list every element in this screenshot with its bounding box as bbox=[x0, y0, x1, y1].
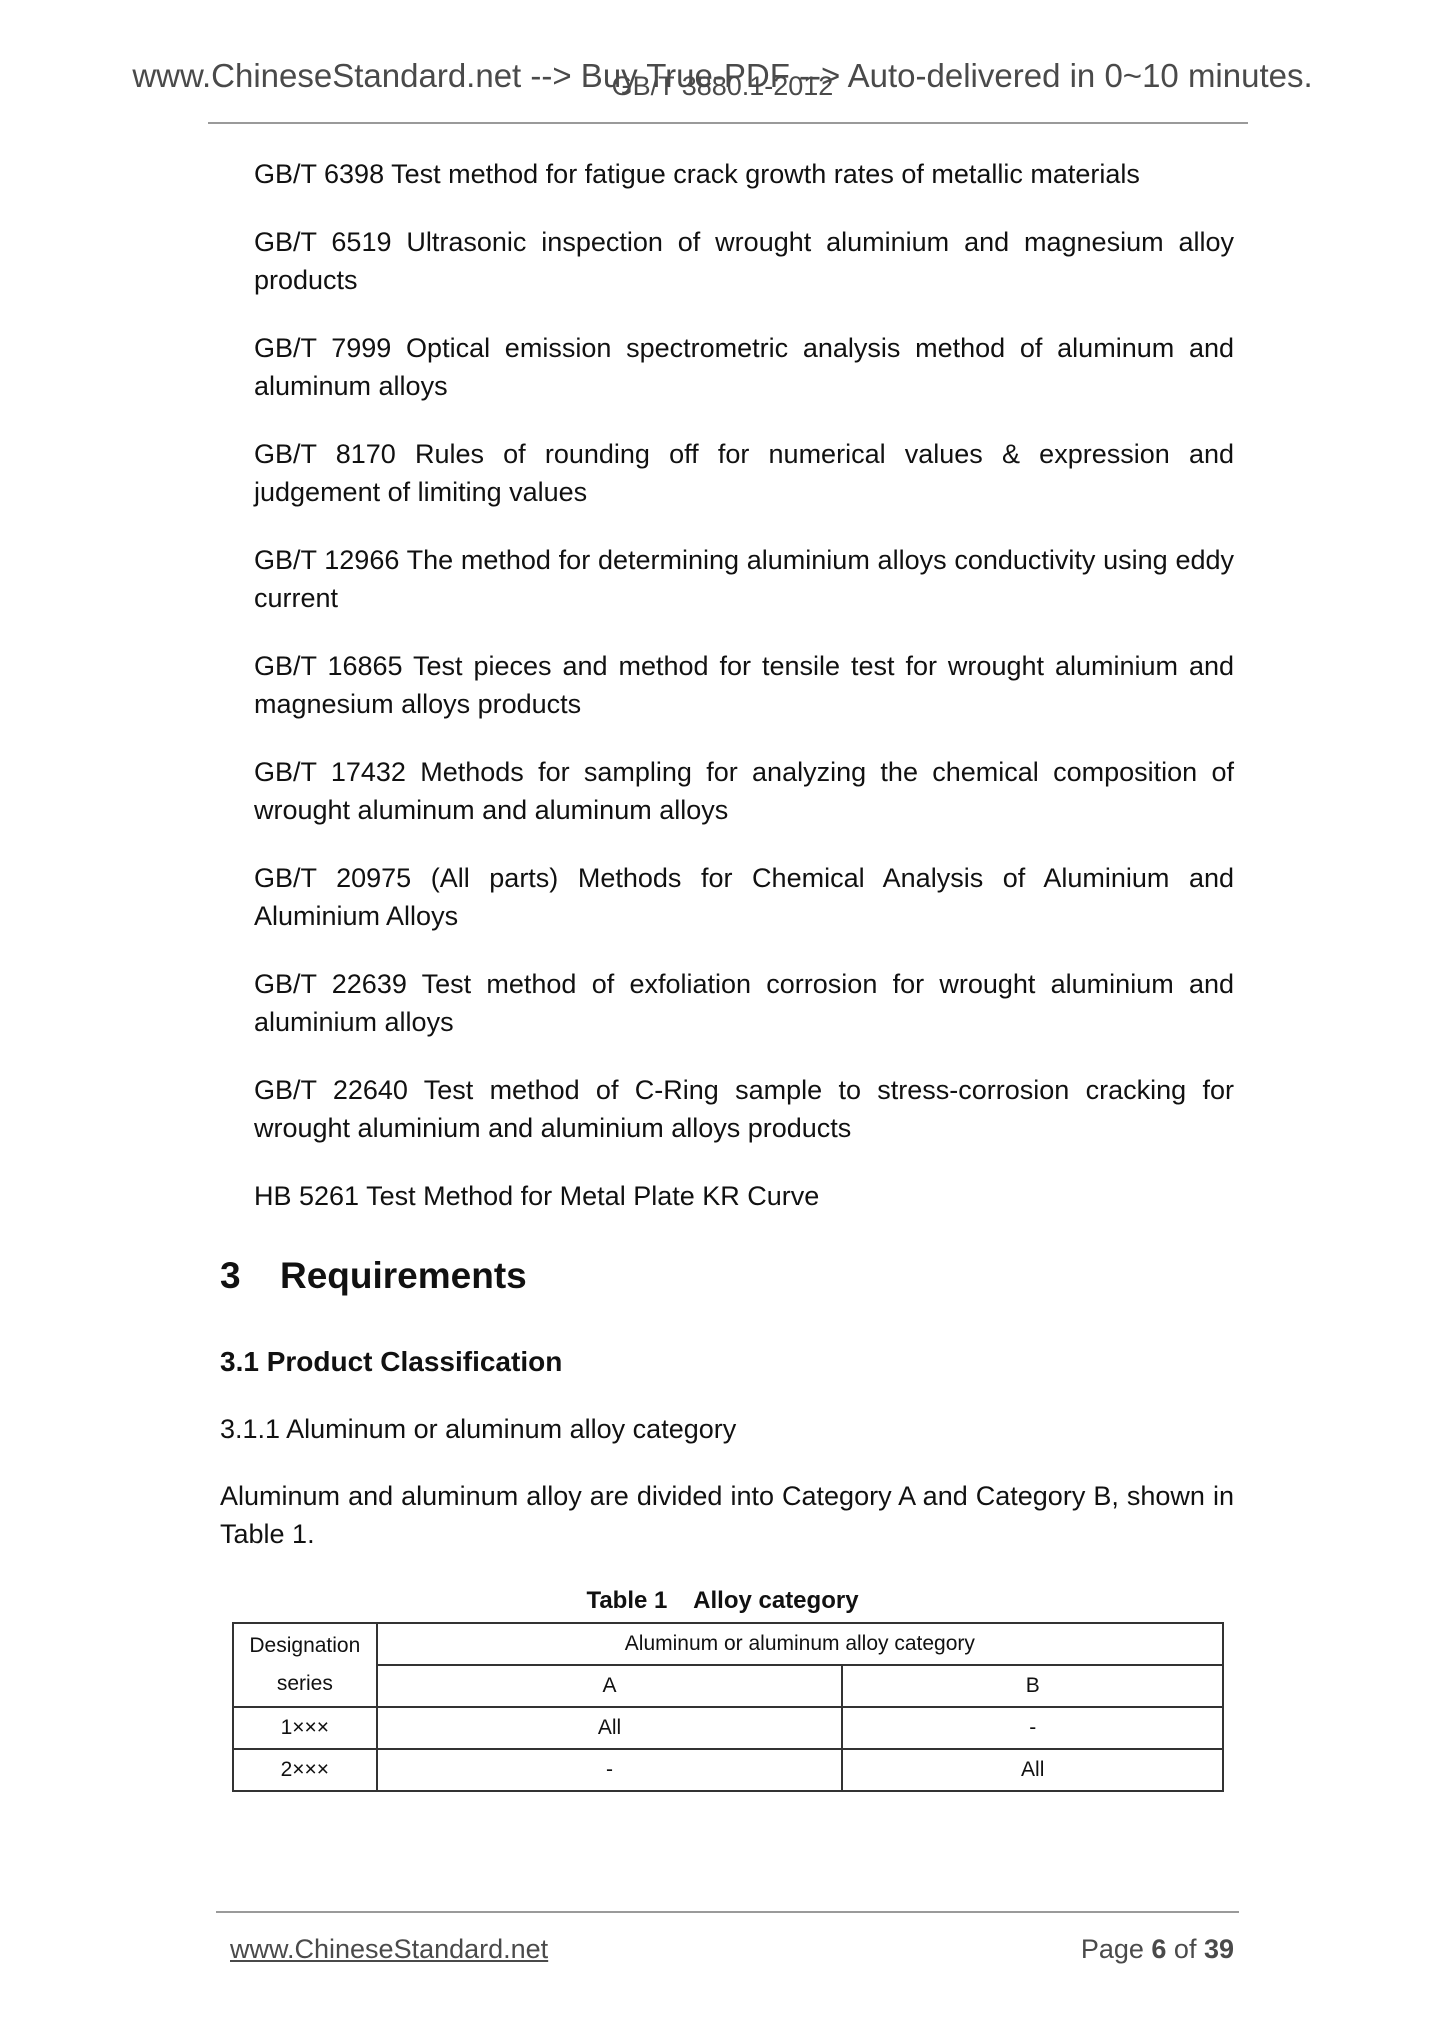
table-row: 1××× All - bbox=[233, 1707, 1223, 1749]
total-pages: 39 bbox=[1204, 1934, 1234, 1964]
category-b-cell: All bbox=[842, 1749, 1223, 1791]
normative-references-list: GB/T 6398 Test method for fatigue crack … bbox=[254, 155, 1234, 1245]
designation-header: Designation series bbox=[233, 1623, 377, 1707]
table-header-row: Designation series Aluminum or aluminum … bbox=[233, 1623, 1223, 1665]
page-indicator: Page 6 of 39 bbox=[1081, 1932, 1234, 1966]
reference-item: GB/T 12966 The method for determining al… bbox=[254, 541, 1234, 617]
category-b-cell: - bbox=[842, 1707, 1223, 1749]
alloy-category-table: Designation series Aluminum or aluminum … bbox=[232, 1622, 1224, 1792]
reference-item: GB/T 8170 Rules of rounding off for nume… bbox=[254, 435, 1234, 511]
reference-item: GB/T 7999 Optical emission spectrometric… bbox=[254, 329, 1234, 405]
body-paragraph: Aluminum and aluminum alloy are divided … bbox=[220, 1477, 1234, 1553]
section-number: 3 bbox=[220, 1253, 280, 1299]
reference-item: GB/T 20975 (All parts) Methods for Chemi… bbox=[254, 859, 1234, 935]
section-heading: 3Requirements bbox=[220, 1253, 527, 1299]
category-b-header: B bbox=[842, 1665, 1223, 1707]
reference-item: GB/T 6398 Test method for fatigue crack … bbox=[254, 155, 1234, 193]
table-row: 2××× - All bbox=[233, 1749, 1223, 1791]
category-a-header: A bbox=[377, 1665, 843, 1707]
footer-divider bbox=[216, 1911, 1239, 1913]
section-title: Requirements bbox=[280, 1255, 527, 1296]
table-subheader-row: A B bbox=[233, 1665, 1223, 1707]
reference-item: GB/T 22640 Test method of C-Ring sample … bbox=[254, 1071, 1234, 1147]
reference-item: GB/T 6519 Ultrasonic inspection of wroug… bbox=[254, 223, 1234, 299]
reference-item: GB/T 17432 Methods for sampling for anal… bbox=[254, 753, 1234, 829]
standard-code-header: GB/T 3880.1-2012 bbox=[0, 70, 1445, 102]
subsection-heading: 3.1 Product Classification bbox=[220, 1344, 562, 1380]
header-divider bbox=[208, 122, 1248, 124]
reference-item: GB/T 16865 Test pieces and method for te… bbox=[254, 647, 1234, 723]
footer-site-link[interactable]: www.ChineseStandard.net bbox=[230, 1932, 548, 1966]
series-cell: 2××× bbox=[233, 1749, 377, 1791]
reference-item: HB 5261 Test Method for Metal Plate KR C… bbox=[254, 1177, 1234, 1215]
category-a-cell: All bbox=[377, 1707, 843, 1749]
subsubsection-heading: 3.1.1 Aluminum or aluminum alloy categor… bbox=[220, 1411, 736, 1447]
current-page: 6 bbox=[1151, 1934, 1166, 1964]
table-caption: Table 1 Alloy category bbox=[0, 1586, 1445, 1616]
reference-item: GB/T 22639 Test method of exfoliation co… bbox=[254, 965, 1234, 1041]
category-a-cell: - bbox=[377, 1749, 843, 1791]
series-cell: 1××× bbox=[233, 1707, 377, 1749]
category-group-header: Aluminum or aluminum alloy category bbox=[377, 1623, 1223, 1665]
